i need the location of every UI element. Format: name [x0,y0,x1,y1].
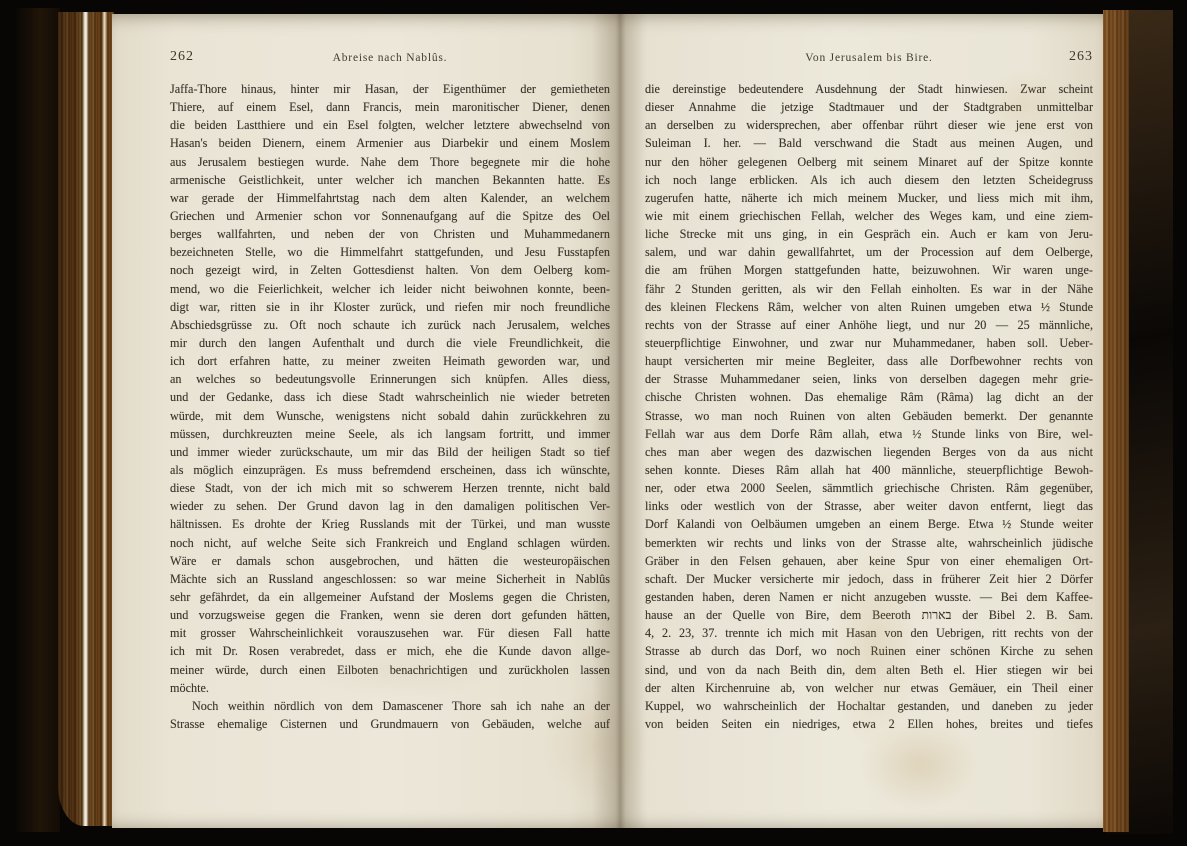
text-line: der alten Kirchenruine ab, von welcher n… [645,679,1093,697]
text-line: salem, und war dahin gewallfahrtet, um d… [645,243,1093,261]
text-line: sind, und von da nach Beith din, dem alt… [645,661,1093,679]
text-line: Wäre er damals schon ausgebrochen, und h… [170,552,610,570]
text-line: dieser Annahme die jetzige Stadtmauer un… [645,98,1093,116]
text-line: schaft. Der Mucker versicherte mir jedoc… [645,570,1093,588]
text-line: wieder zu sehen. Der Grund davon lag in … [170,497,610,515]
text-line: an welches so bedeutungsvolle Erinnerung… [170,370,610,388]
text-line: zugerufen hatte, näherte ich mich meinem… [645,189,1093,207]
page-edges-right [1103,10,1129,832]
text-line: von beiden Seiten ein niedriges, etwa 2 … [645,715,1093,733]
text-line: digt war, ritten sie in ihr Kloster zurü… [170,298,610,316]
left-text-block: Jaffa-Thore hinaus, hinter mir Hasan, de… [170,80,610,733]
text-line: ner, oder etwa 2000 Seelen, sämmtlich gr… [645,479,1093,497]
text-line: Gräber in den Felsen gehauen, aber keine… [645,552,1093,570]
text-line: 4, 2. 23, 37. trennte ich mich mit Hasan… [645,624,1093,642]
text-line: bemerkten wir rechts und links von der S… [645,534,1093,552]
text-line: noch nicht, auf welche Seite sich Frankr… [170,534,610,552]
right-running-head: Von Jerusalem bis Bire. 263 [645,52,1093,68]
text-line: mir durch den langen Aufenthalt und durc… [170,334,610,352]
text-line: Strasse ehemalige Cisternen und Grundmau… [170,715,610,733]
text-line: Hasan's beiden Dienern, einem Armenier a… [170,134,610,152]
text-line: aus Jerusalem bestiegen wurde. Nahe dem … [170,153,610,171]
text-line: an derselben zu widersprechen, aber offe… [645,116,1093,134]
right-running-title: Von Jerusalem bis Bire. [645,52,1093,64]
text-line: Abschiedsgrüsse zu. Oft noch schaute ich… [170,316,610,334]
text-line: steuerpflichtige Einwohner, und zwar nur… [645,334,1093,352]
book-photo-scene: 262 Abreise nach Nablûs. Jaffa-Thore hin… [0,0,1187,846]
text-line: Griechen und Armenier schon vor Sonnenau… [170,207,610,225]
text-line: des kleinen Fleckens Râm, welcher von al… [645,298,1093,316]
text-line: berges wallfahrten, und neben der von Ch… [170,225,610,243]
text-line: bezeichneten Stelle, wo die Himmelfahrt … [170,243,610,261]
text-line: der Strasse Muhammedaner seien, links vo… [645,370,1093,388]
text-line: sehr gefährdet, da ein allgemeiner Aufst… [170,588,610,606]
text-line: ches man aber wegen des dazwischen liege… [645,443,1093,461]
text-line: noch gezeigt wird, in Zelten Gottesdiens… [170,261,610,279]
text-line: die dereinstige bedeutendere Ausdehnung … [645,80,1093,98]
text-line: armenische Geistlichkeit, unter welcher … [170,171,610,189]
text-line: liche Strecke mit uns ging, in ein Gespr… [645,225,1093,243]
text-line: Kuppel, wo wahrscheinlich der Hochaltar … [645,697,1093,715]
book-cover-left-board [16,8,60,832]
right-page-number: 263 [1069,49,1093,65]
text-line: Fellah war aus dem Dorfe Râm allah, etwa… [645,425,1093,443]
text-line: diese Stadt, von der ich mich mit so sch… [170,479,610,497]
right-text-block: die dereinstige bedeutendere Ausdehnung … [645,80,1093,733]
left-running-head: 262 Abreise nach Nablûs. [170,52,610,68]
text-line: mend, wo die Feierlichkeit, welcher ich … [170,280,610,298]
text-line: haupt versicherten mir meine Begleiter, … [645,352,1093,370]
text-line: gestanden haben, deren Namen er nicht an… [645,588,1093,606]
text-line: Mächte sich an Russland angeschlossen: s… [170,570,610,588]
text-line: Strasse, wo man noch Ruinen von alten Ge… [645,407,1093,425]
text-line: sehen konnte. Dieses Râm allah hat 400 m… [645,461,1093,479]
text-line: ich noch lange erblicken. Als ich auch d… [645,171,1093,189]
text-line: würde, mit dem Wunsche, wenigstens nicht… [170,407,610,425]
text-line: müssen, durchkreuzten meine Seele, als i… [170,425,610,443]
text-line: fähr 2 Stunden geritten, als wir den Fel… [645,280,1093,298]
text-line: ich mit Dr. Rosen verabredet, dass er mi… [170,642,610,660]
text-line: möchte. [170,679,610,697]
text-line: mit grosser Wahrscheinlichkeit vorauszus… [170,624,610,642]
text-line: Noch weithin nördlich von dem Damascener… [170,697,610,715]
text-line: Strasse ab durch das Dorf, wo noch Ruine… [645,642,1093,660]
text-line: rechts von der Strasse auf einer Anhöhe … [645,316,1093,334]
text-line: war gerade der Himmelfahrtstag nach dem … [170,189,610,207]
text-line: links oder westlich von der Strasse, abe… [645,497,1093,515]
text-line: meiner würde, durch einen Eilboten benac… [170,661,610,679]
text-line: Dorf Kalandi von Oelbäumen umgeben an ei… [645,515,1093,533]
right-page: Von Jerusalem bis Bire. 263 die dereinst… [620,14,1103,828]
text-line: Thiere, auf einem Esel, dann Francis, me… [170,98,610,116]
text-line: hältnissen. Es drohte der Krieg Russland… [170,515,610,533]
text-line: chische Christen wohnen. Das ehemalige R… [645,388,1093,406]
text-line: nur den höher gelegenen Oelberg mit sein… [645,153,1093,171]
text-line: als möglich einzuprägen. Es muss befremd… [170,461,610,479]
text-line: die am frühen Morgen stattgefunden hatte… [645,261,1093,279]
text-line: die beiden Lastthiere und ein Esel folgt… [170,116,610,134]
text-line: Jaffa-Thore hinaus, hinter mir Hasan, de… [170,80,610,98]
text-line: Suleiman I. her. — Bald verschwand die S… [645,134,1093,152]
left-page: 262 Abreise nach Nablûs. Jaffa-Thore hin… [112,14,620,828]
page-edges-left [58,12,114,826]
text-line: und vorzugsweise gegen die Franken, wenn… [170,606,610,624]
text-line: und immer wieder zurückschaute, um mir d… [170,443,610,461]
left-running-title: Abreise nach Nablûs. [170,52,610,64]
text-line: hause an der Quelle von Bire, dem Beerot… [645,606,1093,624]
text-line: und der Gedanke, dass ich diese Stadt wa… [170,388,610,406]
text-line: wie mit einem griechischen Fellah, welch… [645,207,1093,225]
text-line: ich dort erfahren hatte, zu meiner zweit… [170,352,610,370]
